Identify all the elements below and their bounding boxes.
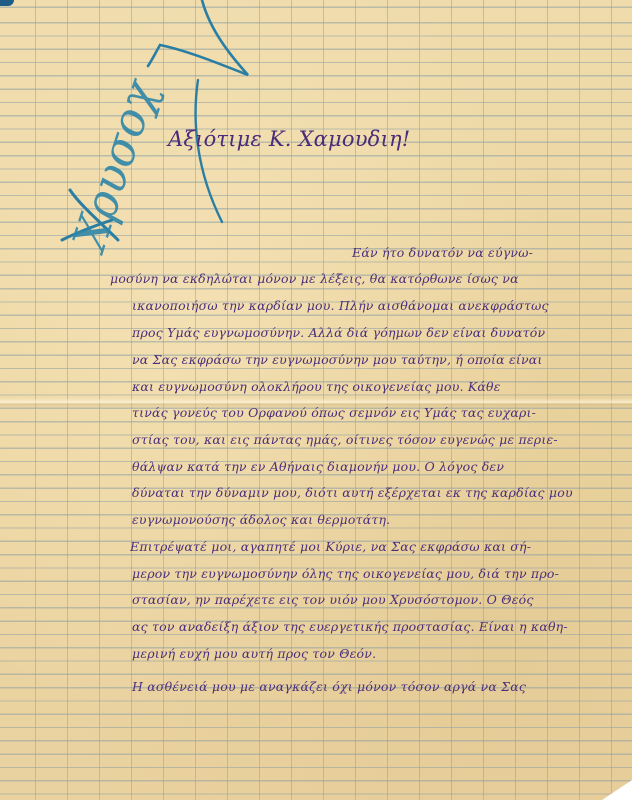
letter-line: Η ασθένειά μου με αναγκάζει όχι μόνον τό… <box>132 680 526 694</box>
letter-line: τινάς γονεύς του Ορφανού όπως σεμνόν εις… <box>132 406 536 420</box>
letter-line: και ευγνωμοσύνη ολοκλήρου της οικογενεία… <box>132 380 501 394</box>
letter-line: μοσύνη να εκδηλώται μόνον με λέξεις, θα … <box>110 272 519 286</box>
letter-salutation: Αξιότιμε Κ. Χαμουδιη! <box>168 127 410 151</box>
letter-line: Εάν ήτο δυνατόν να εύγνω- <box>352 246 533 260</box>
letter-page: Χρυσοχ Αξιότιμε Κ. Χαμουδιη! Εάν ήτο δυν… <box>0 0 632 800</box>
letter-line: Επιτρέψατέ μοι, αγαπητέ μοι Κύριε, να Σα… <box>130 540 531 554</box>
letter-line: προς Υμάς ευγνωμοσύνην. Αλλά διά γόημων … <box>132 326 545 340</box>
letter-line: στασίαν, ην παρέχετε εις τον υιόν μου Χρ… <box>132 593 534 607</box>
letter-line: ευγνωμονούσης άδολος και θερμοτάτη. <box>132 513 390 527</box>
torn-corner <box>602 780 632 800</box>
letter-line: θάλψαν κατά την εν Αθήναις διαμονήν μου.… <box>132 460 504 474</box>
letter-line: ικανοποιήσω την καρδίαν μου. Πλήν αισθάν… <box>132 299 549 313</box>
letter-line: ας τον αναδείξη άξιον της ευεργετικής πρ… <box>132 620 568 634</box>
letter-line: μερινή ευχή μου αυτή προς τον Θεόν. <box>132 647 376 661</box>
letter-line: να Σας εκφράσω την ευγνωμοσύνην μου ταύτ… <box>132 353 543 367</box>
letter-line: στίας του, και εις πάντας ημάς, οίτινες … <box>132 433 558 447</box>
letter-line: δύναται την δύναμιν μου, διότι αυτή εξέρ… <box>132 486 573 500</box>
letter-line: μερον την ευγνωμοσύνην όλης της οικογενε… <box>132 567 559 581</box>
